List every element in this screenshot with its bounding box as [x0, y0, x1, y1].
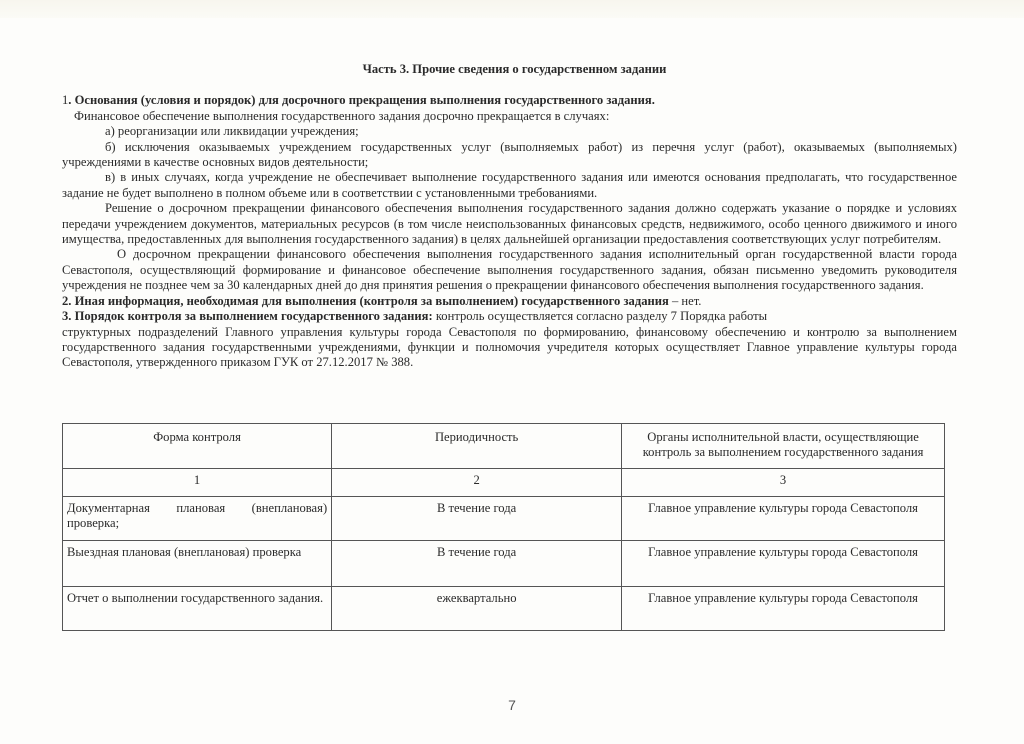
section-1-heading-text: . Основания (условия и порядок) для доср…: [68, 93, 655, 107]
section-3-text: структурных подразделений Главного управ…: [62, 325, 957, 371]
table-cell-frequency: В течение года: [332, 541, 622, 587]
table-row: Документарная плановая (внеплановая) про…: [63, 497, 945, 541]
section-3-text-first: контроль осуществляется согласно разделу…: [433, 309, 767, 323]
table-cell-authority: Главное управление культуры города Севас…: [622, 587, 945, 631]
section-2-heading: 2. Иная информация, необходимая для выпо…: [62, 294, 669, 308]
section-1-item-a: а) реорганизации или ликвидации учрежден…: [62, 124, 957, 139]
table-row: Отчет о выполнении государственного зада…: [63, 587, 945, 631]
table-header-frequency: Периодичность: [332, 424, 622, 469]
section-1-notice-paragraph: О досрочном прекращении финансового обес…: [62, 247, 957, 293]
table-cell-authority: Главное управление культуры города Севас…: [622, 497, 945, 541]
table-column-number: 2: [332, 469, 622, 497]
section-1-intro: Финансовое обеспечение выполнения госуда…: [62, 109, 957, 124]
section-3-heading: 3. Порядок контроля за выполнением госуд…: [62, 309, 433, 323]
section-1-decision-paragraph: Решение о досрочном прекращении финансов…: [62, 201, 957, 247]
section-1-heading: 1. Основания (условия и порядок) для дос…: [62, 93, 957, 108]
table-cell-frequency: В течение года: [332, 497, 622, 541]
table-column-numbers-row: 1 2 3: [63, 469, 945, 497]
table-cell-form: Выездная плановая (внеплановая) проверка: [63, 541, 332, 587]
table-header-row: Форма контроля Периодичность Органы испо…: [63, 424, 945, 469]
table-cell-form: Документарная плановая (внеплановая) про…: [63, 497, 332, 541]
table-cell-frequency: ежеквартально: [332, 587, 622, 631]
section-2: 2. Иная информация, необходимая для выпо…: [62, 294, 957, 309]
page-number: 7: [0, 697, 1024, 713]
section-3-first-line: 3. Порядок контроля за выполнением госуд…: [62, 309, 957, 324]
document-page: Часть 3. Прочие сведения о государственн…: [62, 62, 957, 371]
page-title: Часть 3. Прочие сведения о государственн…: [62, 62, 957, 77]
table-column-number: 1: [63, 469, 332, 497]
control-table: Форма контроля Периодичность Органы испо…: [62, 423, 945, 631]
table-cell-authority: Главное управление культуры города Севас…: [622, 541, 945, 587]
table-row: Выездная плановая (внеплановая) проверка…: [63, 541, 945, 587]
table-column-number: 3: [622, 469, 945, 497]
section-1-item-c: в) в иных случаях, когда учреждение не о…: [62, 170, 957, 201]
section-1-item-b: б) исключения оказываемых учреждением го…: [62, 140, 957, 171]
scan-edge: [0, 0, 1024, 18]
table-header-form: Форма контроля: [63, 424, 332, 469]
section-2-value: – нет.: [669, 294, 702, 308]
table-cell-form: Отчет о выполнении государственного зада…: [63, 587, 332, 631]
table-header-authority: Органы исполнительной власти, осуществля…: [622, 424, 945, 469]
